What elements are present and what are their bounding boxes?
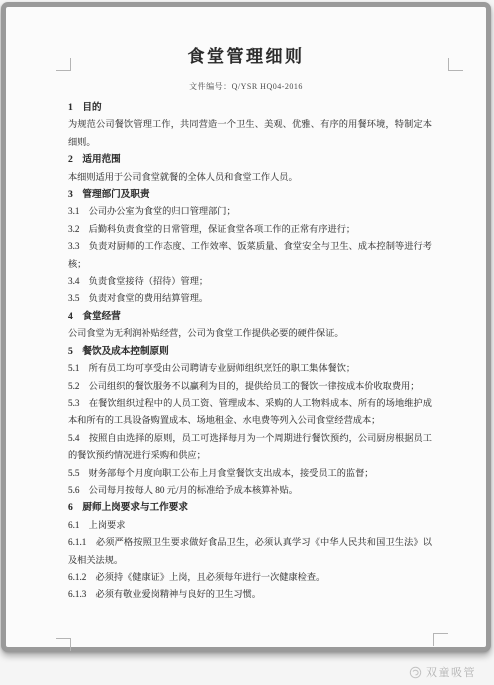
paragraph: 本细则适用于公司食堂就餐的全体人员和食堂工作人员。 [68, 169, 432, 186]
paragraph: 5.3 在餐饮组织过程中的人员工资、管理成本、采购的人工物料成本、所有的场地维护… [68, 395, 432, 430]
section-heading-2: 2 适用范围 [68, 151, 432, 168]
paragraph: 3.1 公司办公室为食堂的归口管理部门； [68, 203, 432, 220]
margin-mark-top-right [448, 58, 463, 71]
paragraph: 为规范公司餐饮管理工作，共同营造一个卫生、美观、优雅、有序的用餐环境，特制定本细… [68, 116, 432, 151]
scanned-page-photo: 食堂管理细则 文件编号：Q/YSR HQ04-2016 1 目的 为规范公司餐饮… [1, 2, 491, 652]
paragraph: 5.5 财务部每个月度向职工公布上月食堂餐饮支出成本，接受员工的监督； [68, 465, 432, 482]
margin-mark-bottom-right [433, 633, 448, 646]
paragraph: 3.5 负责对食堂的费用结算管理。 [68, 290, 432, 307]
paragraph: 3.2 后勤科负责食堂的日常管理，保证食堂各项工作的正常有序进行； [68, 221, 432, 238]
document-body: 1 目的 为规范公司餐饮管理工作，共同营造一个卫生、美观、优雅、有序的用餐环境，… [68, 99, 432, 604]
paragraph: 6.1.3 必须有敬业爱岗精神与良好的卫生习惯。 [68, 586, 432, 603]
section-heading-3: 3 管理部门及职责 [68, 186, 432, 203]
section-heading-1: 1 目的 [68, 99, 432, 116]
document-page: 食堂管理细则 文件编号：Q/YSR HQ04-2016 1 目的 为规范公司餐饮… [6, 45, 486, 659]
paragraph: 6.1.2 必须持《健康证》上岗，且必须每年进行一次健康检查。 [68, 569, 432, 586]
paragraph: 公司食堂为无利润补贴经营，公司为食堂工作提供必要的硬件保证。 [68, 325, 432, 342]
section-heading-6: 6 厨师上岗要求与工作要求 [68, 499, 432, 516]
paragraph: 6.1.1 必须严格按照卫生要求做好食品卫生，必须认真学习《中华人民共和国卫生法… [68, 534, 432, 569]
paragraph: 5.2 公司组织的餐饮服务不以赢利为目的，提供给员工的餐饮一律按成本价收取费用； [68, 378, 432, 395]
paragraph: 3.4 负责食堂接待（招待）管理； [68, 273, 432, 290]
paragraph: 5.4 按照自由选择的原则，员工可选择每月为一个周期进行餐饮预约，公司厨房根据员… [68, 430, 432, 465]
paragraph: 5.6 公司每月按每人 80 元/月的标准给予成本核算补贴。 [68, 482, 432, 499]
document-number: 文件编号：Q/YSR HQ04-2016 [6, 82, 486, 92]
paragraph: 6.1 上岗要求 [68, 517, 432, 534]
paragraph: 5.1 所有员工均可享受由公司聘请专业厨师组织烹饪的职工集体餐饮； [68, 360, 432, 377]
paragraph: 3.3 负责对厨师的工作态度、工作效率、饭菜质量、食堂安全与卫生、成本控制等进行… [68, 238, 432, 273]
section-heading-4: 4 食堂经营 [68, 308, 432, 325]
section-heading-5: 5 餐饮及成本控制原则 [68, 343, 432, 360]
margin-mark-bottom-left [56, 638, 71, 651]
document-title: 食堂管理细则 [6, 45, 486, 69]
margin-mark-top-left [56, 58, 71, 71]
